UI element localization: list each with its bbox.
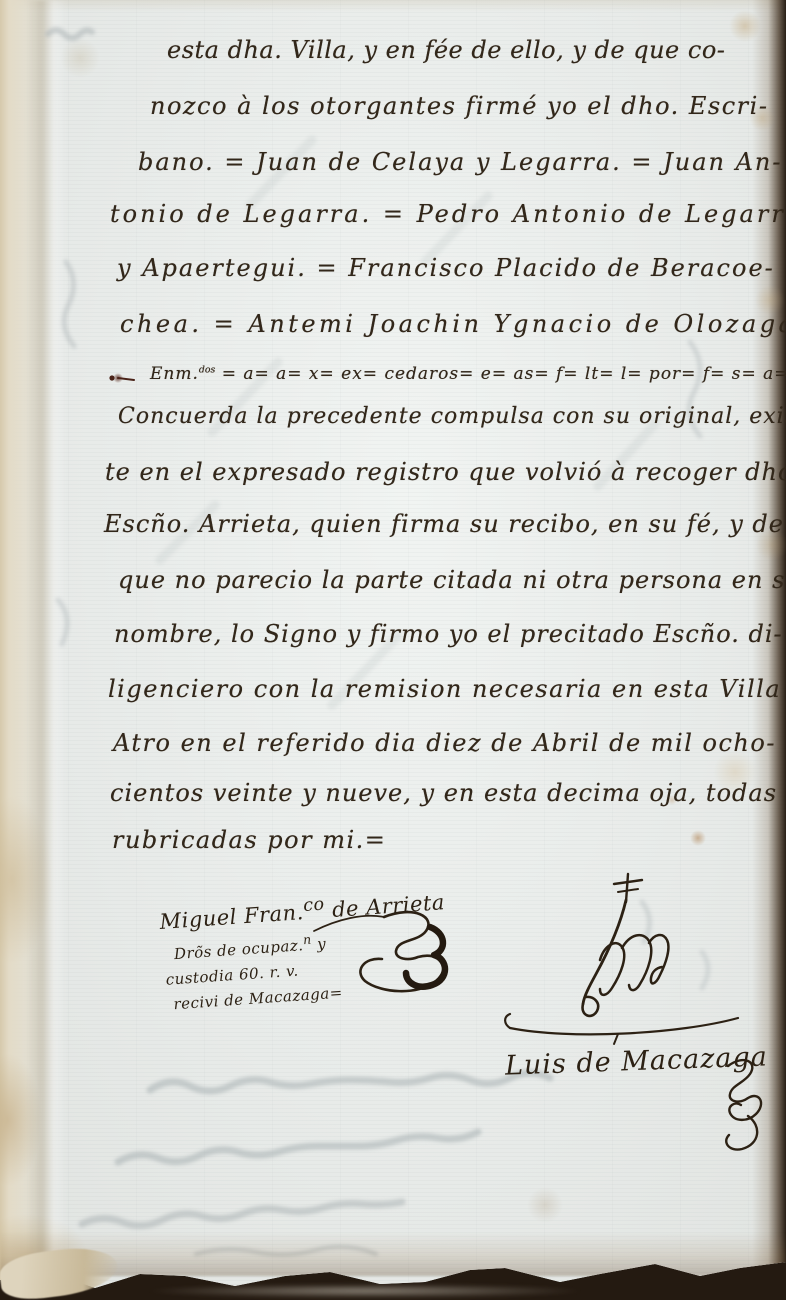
- manuscript-text-block: esta dha. Villa, y en fée de ello, y de …: [0, 0, 786, 1300]
- emendations-superscript: dos: [199, 364, 215, 375]
- manuscript-scan: esta dha. Villa, y en fée de ello, y de …: [0, 0, 786, 1300]
- manuscript-line: bano. = Juan de Celaya y Legarra. = Juan…: [138, 148, 783, 176]
- manuscript-line: tonio de Legarra. = Pedro Antonio de Leg…: [110, 200, 786, 228]
- underlying-page-edge: [150, 1284, 580, 1298]
- arrieta-name-prefix: Miguel Fran.: [159, 900, 305, 934]
- manuscript-line: rubricadas por mi.=: [112, 826, 386, 854]
- manuscript-line: Atro en el referido dia diez de Abril de…: [113, 729, 776, 757]
- manuscript-line: Escño. Arrieta, quien firma su recibo, e…: [104, 510, 784, 538]
- manuscript-line: ligenciero con la remision necesaria en …: [108, 675, 786, 703]
- manuscript-line: nombre, lo Signo y firmo yo el precitado…: [114, 620, 783, 648]
- manuscript-page: esta dha. Villa, y en fée de ello, y de …: [0, 0, 786, 1300]
- manuscript-line: Concuerda la precedente compulsa con su …: [118, 404, 786, 429]
- manuscript-line: y Apaertegui. = Francisco Placido de Ber…: [117, 254, 775, 282]
- manuscript-line: esta dha. Villa, y en fée de ello, y de …: [167, 36, 725, 64]
- manuscript-line: te en el expresado registro que volvió à…: [105, 458, 786, 486]
- manuscript-line: que no parecio la parte citada ni otra p…: [118, 566, 786, 594]
- manuscript-line: cientos veinte y nueve, y en esta decima…: [110, 779, 777, 807]
- macazaga-rubric-flourish: [702, 1052, 782, 1162]
- notarial-sign-flourish: [500, 868, 760, 1048]
- emendations-line: Enm.dos = a= a= x= ex= cedaros= e= as= f…: [150, 364, 786, 384]
- fee-line1-prefix: Drõs de ocupaz.: [173, 936, 304, 963]
- emendations-list: = a= a= x= ex= cedaros= e= as= f= lt= l=…: [215, 364, 786, 384]
- emendations-dash-mark: [108, 372, 138, 384]
- manuscript-line: chea. = Antemi Joachin Ygnacio de Olozag…: [120, 310, 786, 338]
- arrieta-rubric-flourish: [310, 893, 460, 1018]
- emendations-abbrev: Enm.: [150, 364, 199, 384]
- manuscript-line: nozco à los otorgantes firmé yo el dho. …: [150, 92, 768, 120]
